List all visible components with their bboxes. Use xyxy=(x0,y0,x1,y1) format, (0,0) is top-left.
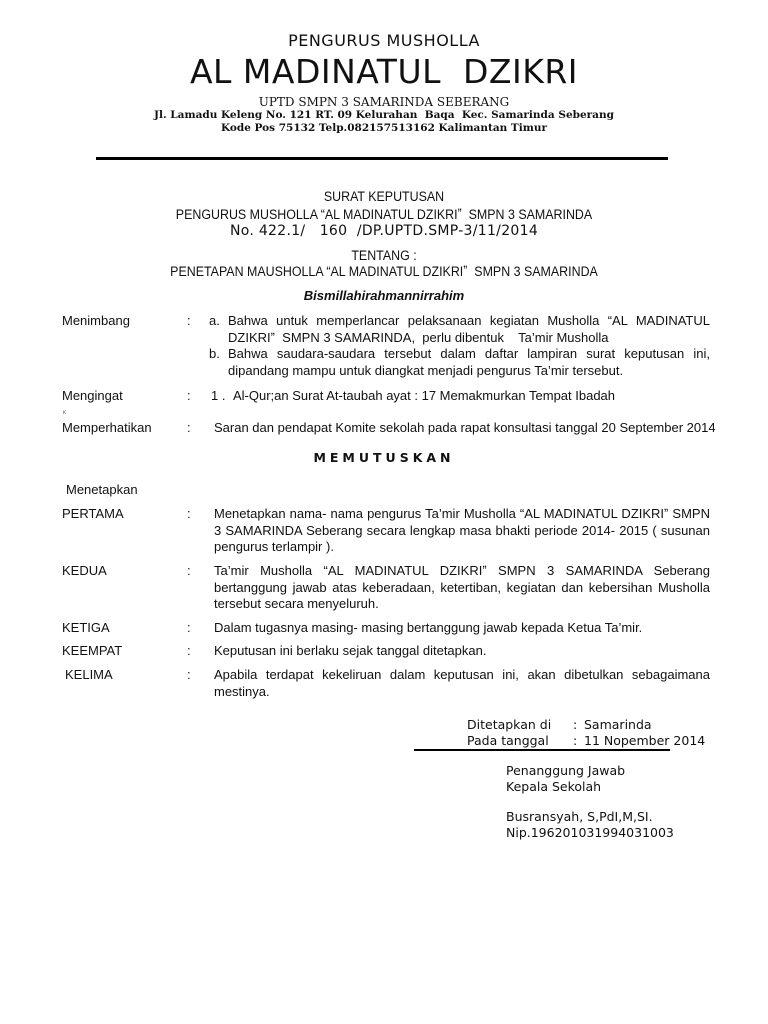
mengingat-item-1: 1 . Al-Qur;an Surat At-taubah ayat : 17 … xyxy=(211,388,710,405)
decree-document: PENGURUS MUSHOLLA AL MADINATUL DZIKRI UP… xyxy=(0,0,768,1024)
menimbang-items: a. Bahwa untuk memperlancar pelaksanaan … xyxy=(209,313,710,379)
decision-intro: Menetapkan xyxy=(66,482,714,499)
memperhatikan-label: Memperhatikan xyxy=(62,420,152,437)
menimbang-item-b: b. Bahwa saudara-saudara tersebut dalam … xyxy=(209,346,710,379)
signer-nip: Nip.196201031994031003 xyxy=(506,825,674,841)
header-divider xyxy=(96,157,668,160)
date-value: 11 Nopember 2014 xyxy=(584,733,705,749)
menimbang-item-a: a. Bahwa untuk memperlancar pelaksanaan … xyxy=(209,313,710,346)
letterhead-address: Jl. Lamadu Keleng No. 121 RT. 09 Kelurah… xyxy=(0,109,768,121)
article-text: Apabila terdapat kekeliruan dalam keputu… xyxy=(214,667,710,700)
mengingat-items: 1 . Al-Qur;an Surat At-taubah ayat : 17 … xyxy=(211,388,710,405)
menimbang-label: Menimbang xyxy=(62,313,130,330)
letterhead-unit: UPTD SMPN 3 SAMARINDA SEBERANG xyxy=(0,95,768,109)
letterhead-organization: PENGURUS MUSHOLLA xyxy=(0,31,768,50)
signer-position: Kepala Sekolah xyxy=(506,779,601,795)
place-value: Samarinda xyxy=(584,717,652,733)
article-label: KEDUA xyxy=(62,563,107,580)
memperhatikan-colon: : xyxy=(187,420,191,437)
place-colon: : xyxy=(573,717,577,733)
doc-number: No. 422.1/ 160 /DP.UPTD.SMP-3/11/2014 xyxy=(0,223,768,239)
mengingat-colon: : xyxy=(187,388,191,405)
memperhatikan-text: Saran dan pendapat Komite sekolah pada r… xyxy=(214,420,710,437)
basmalah: Bismillahirahmannirrahim xyxy=(0,288,768,303)
article-label: PERTAMA xyxy=(62,506,124,523)
article-label: KELIMA xyxy=(65,667,113,684)
article-text: Ta’mir Musholla “AL MADINATUL DZIKRIˮ SM… xyxy=(214,563,710,613)
place-label: Ditetapkan di xyxy=(467,717,551,733)
stray-mark: κ xyxy=(63,410,66,416)
about-subject: PENETAPAN MAUSHOLLA “AL MADINATUL DZIKRI… xyxy=(31,264,738,279)
article-text: Menetapkan nama- nama pengurus Ta’mir Mu… xyxy=(214,506,710,556)
decision-heading: MEMUTUSKAN xyxy=(0,450,768,465)
doc-issuer: PENGURUS MUSHOLLA “AL MADINATUL DZIKRIˮ … xyxy=(31,207,738,222)
letterhead-name: AL MADINATUL DZIKRI xyxy=(0,52,768,91)
mengingat-label: Mengingat xyxy=(62,388,123,405)
article-label: KEEMPAT xyxy=(62,643,122,660)
menimbang-colon: : xyxy=(187,313,191,330)
doc-type: SURAT KEPUTUSAN xyxy=(31,189,738,204)
article-label: KETIGA xyxy=(62,620,110,637)
article-text: Dalam tugasnya masing- masing bertanggun… xyxy=(214,620,710,637)
signature-divider xyxy=(414,749,670,751)
signer-name: Busransyah, S,PdI,M,SI. xyxy=(506,809,653,825)
date-colon: : xyxy=(573,733,577,749)
article-text: Keputusan ini berlaku sejak tanggal dite… xyxy=(214,643,710,660)
about-label: TENTANG : xyxy=(31,248,738,263)
signer-role: Penanggung Jawab xyxy=(506,763,625,779)
letterhead-contact: Kode Pos 75132 Telp.082157513162 Kaliman… xyxy=(0,122,768,134)
date-label: Pada tanggal xyxy=(467,733,549,749)
